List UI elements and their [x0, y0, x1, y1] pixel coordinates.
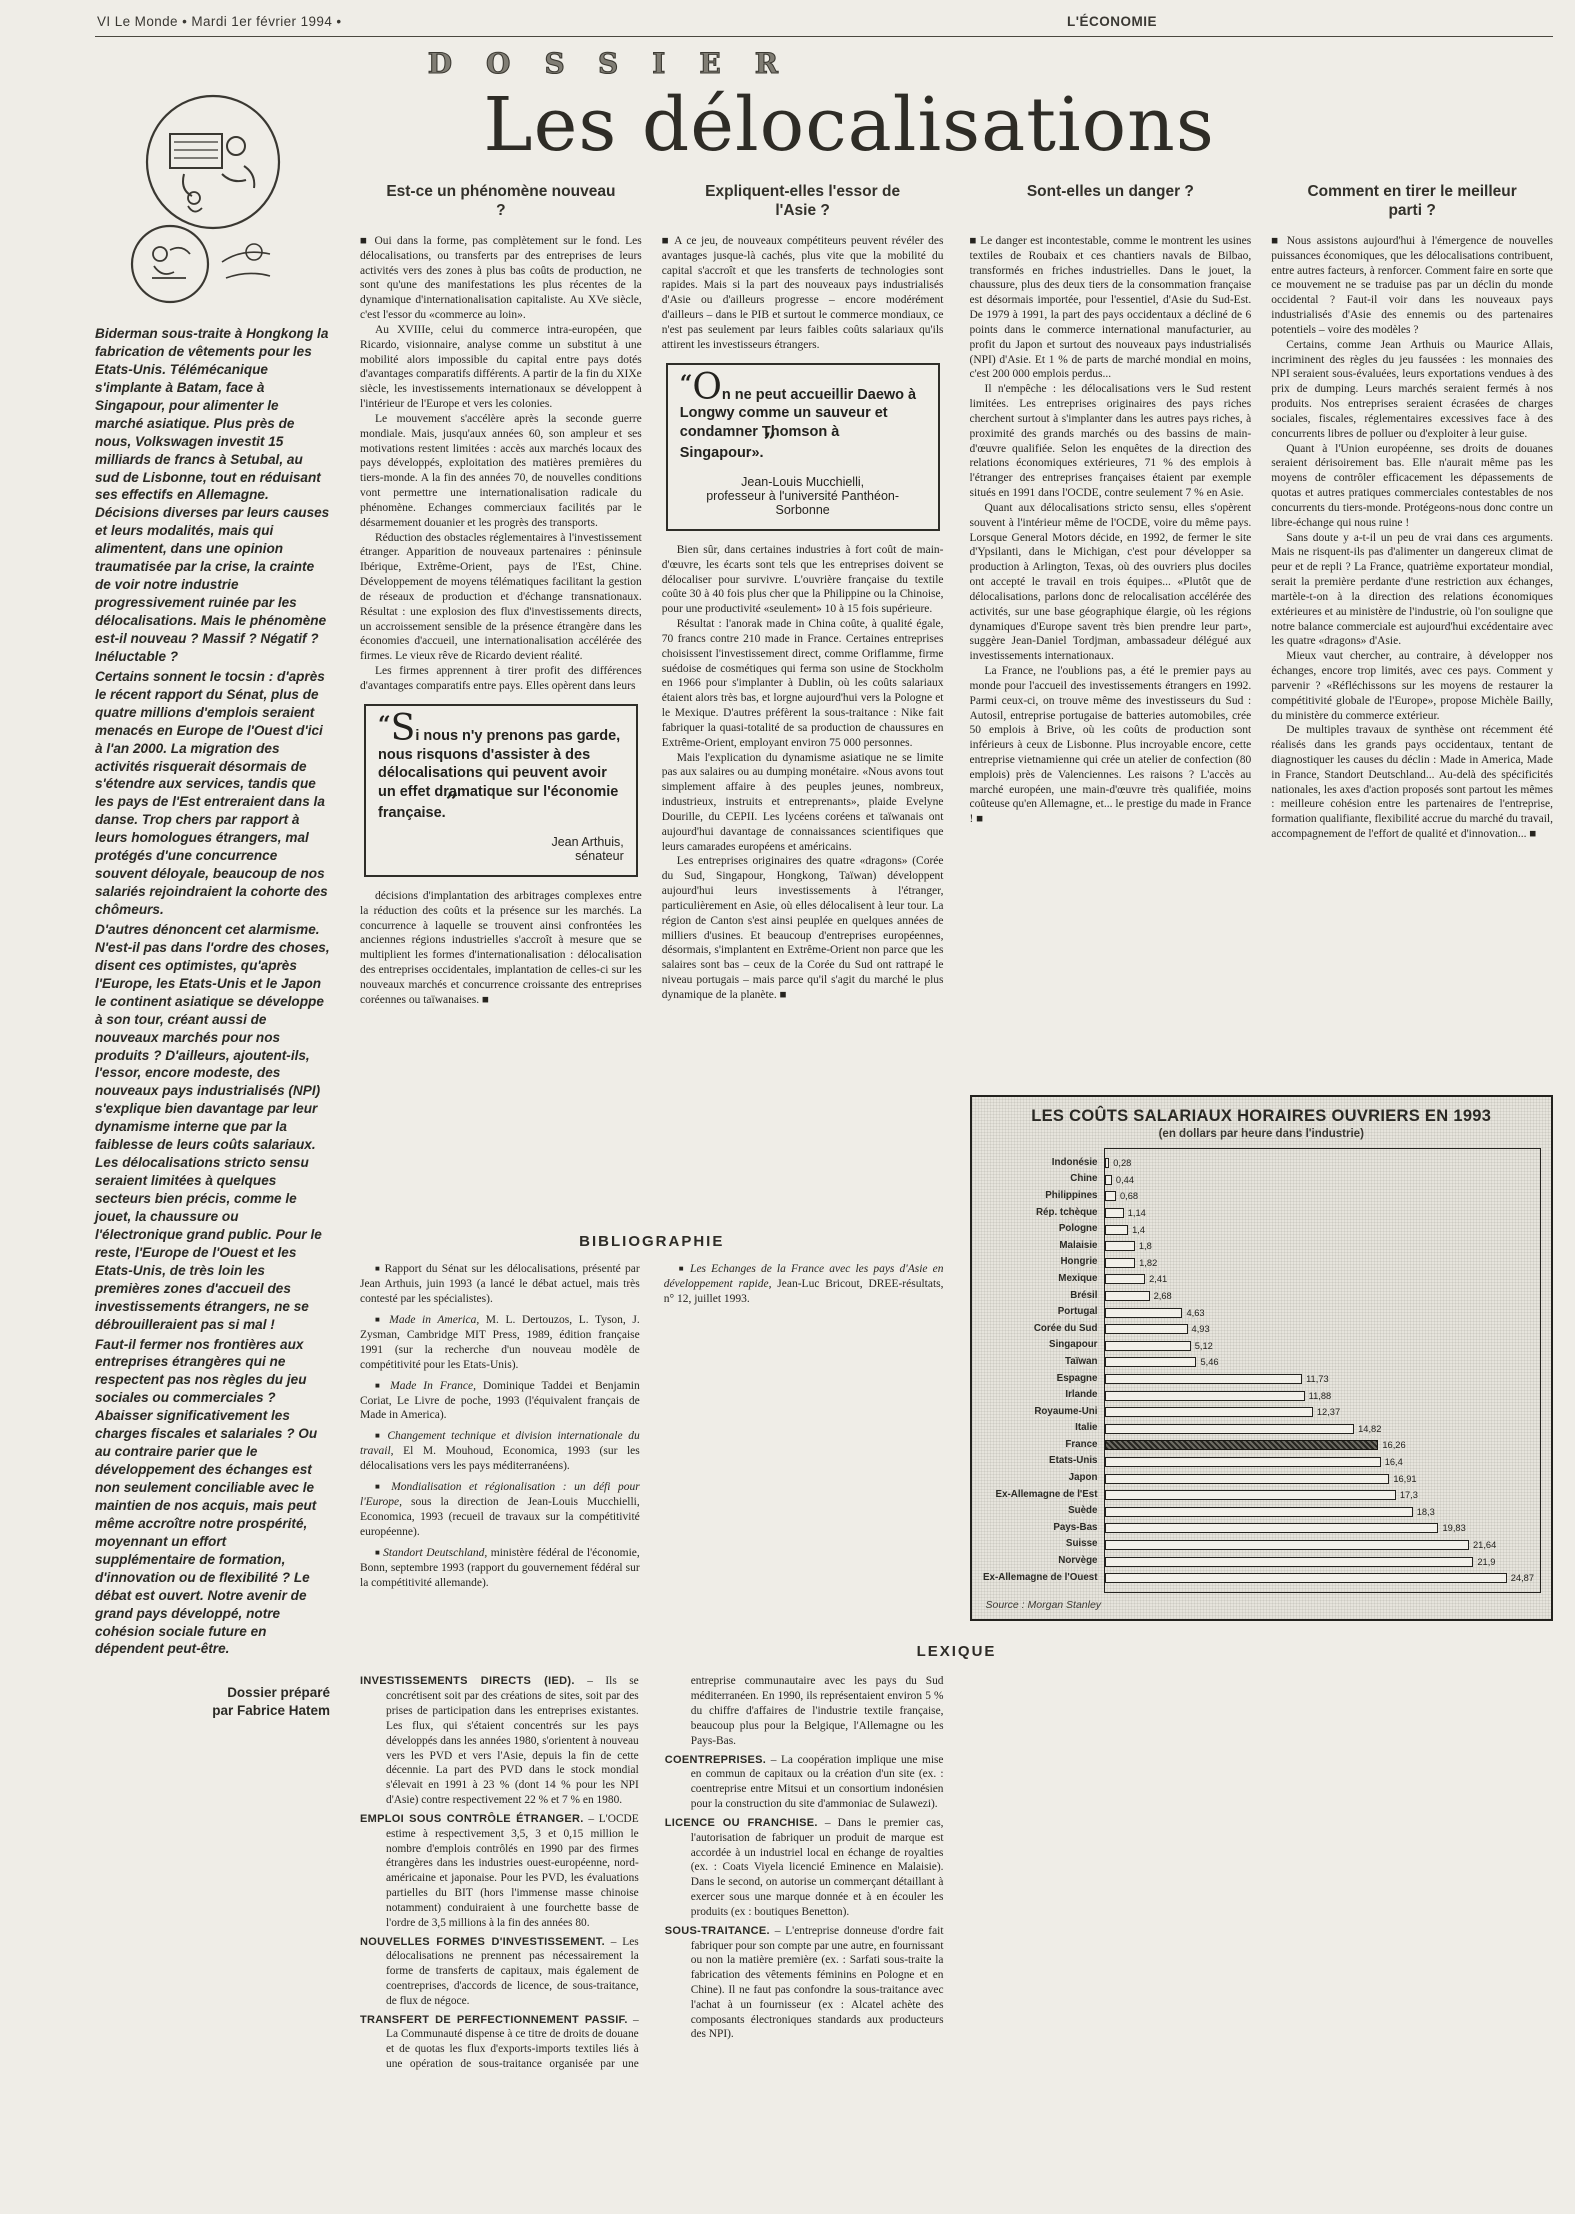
chart-value-label: 14,82	[1358, 1424, 1381, 1434]
chart-value-label: 21,64	[1473, 1540, 1496, 1550]
chart-category-label: Ex-Allemagne de l'Ouest	[982, 1569, 1104, 1586]
left-half: Est-ce un phénomène nouveau ?■ Oui dans …	[360, 182, 944, 1621]
chart-bar-row: 17,3	[1105, 1487, 1535, 1504]
intro-sidebar: Biderman sous-traite à Hongkong la fabri…	[95, 82, 330, 2074]
pull-quote: “On ne peut accueillir Daewo à Longwy co…	[666, 363, 940, 531]
article-paragraph: Les entreprises originaires des quatre «…	[662, 854, 944, 1002]
chart-bar	[1105, 1391, 1305, 1401]
intro-paragraph: Certains sonnent le tocsin : d'après le …	[95, 668, 330, 919]
chart-value-label: 16,4	[1385, 1457, 1403, 1467]
chart-bar-row: 11,73	[1105, 1371, 1535, 1388]
chart-bar	[1105, 1374, 1303, 1384]
wage-cost-chart: LES COÛTS SALARIAUX HORAIRES OUVRIERS EN…	[970, 1095, 1554, 1621]
lexique-entry: EMPLOI SOUS CONTRÔLE ÉTRANGER. – L'OCDE …	[360, 1812, 639, 1931]
quote-author-role: professeur à l'université Panthéon-Sorbo…	[680, 489, 926, 517]
chart-bar	[1105, 1540, 1469, 1550]
chart-bar-row: 0,44	[1105, 1172, 1535, 1189]
chart-value-label: 5,12	[1195, 1341, 1213, 1351]
credit-line-2: par Fabrice Hatem	[95, 1702, 330, 1720]
chart-bar-row: 4,93	[1105, 1321, 1535, 1338]
lexique-term: EMPLOI SOUS CONTRÔLE ÉTRANGER.	[360, 1813, 584, 1825]
chart-bar-row: 0,68	[1105, 1188, 1535, 1205]
intro-text: Biderman sous-traite à Hongkong la fabri…	[95, 325, 330, 1658]
chart-value-label: 24,87	[1511, 1573, 1534, 1583]
chart-category-label: Suède	[982, 1502, 1104, 1519]
chart-bar-row: 18,3	[1105, 1503, 1535, 1520]
article-paragraph: Réduction des obstacles réglementaires à…	[360, 531, 642, 664]
lexique-entries: INVESTISSEMENTS DIRECTS (IED). – Ils se …	[360, 1674, 1553, 2074]
chart-plot: IndonésieChinePhilippinesRép. tchèquePol…	[982, 1148, 1542, 1593]
newspaper-page: VI Le Monde • Mardi 1er février 1994 • L…	[0, 0, 1575, 2214]
chart-bar-row: 14,82	[1105, 1421, 1535, 1438]
chart-category-label: Etats-Unis	[982, 1453, 1104, 1470]
article-paragraph: Il n'empêche : les délocalisations vers …	[970, 382, 1252, 501]
lexique-term: NOUVELLES FORMES D'INVESTISSEMENT.	[360, 1936, 605, 1948]
chart-bar	[1105, 1474, 1390, 1484]
chart-category-label: Suisse	[982, 1536, 1104, 1553]
chart-bar-row: 1,4	[1105, 1221, 1535, 1238]
chart-category-label: Malaisie	[982, 1237, 1104, 1254]
bibliography: BIBLIOGRAPHIE ■ Rapport du Sénat sur les…	[360, 1233, 944, 1592]
article-paragraph: Mieux vaut chercher, au contraire, à dév…	[1271, 649, 1553, 723]
chart-bar-row: 16,26	[1105, 1437, 1535, 1454]
chart-category-label: Portugal	[982, 1303, 1104, 1320]
columns-1-2: Est-ce un phénomène nouveau ?■ Oui dans …	[360, 182, 944, 1217]
article-column-3: Sont-elles un danger ?■ Le danger est in…	[970, 182, 1252, 1087]
chart-category-label: Singapour	[982, 1337, 1104, 1354]
chart-bar	[1105, 1191, 1116, 1201]
chart-bar	[1105, 1291, 1150, 1301]
chart-value-label: 21,9	[1477, 1557, 1495, 1567]
lexique-term: SOUS-TRAITANCE.	[665, 1925, 770, 1937]
chart-bar	[1105, 1490, 1396, 1500]
chart-category-label: Espagne	[982, 1370, 1104, 1387]
chart-bar	[1105, 1274, 1146, 1284]
chart-bar-row: 5,12	[1105, 1338, 1535, 1355]
chart-bar	[1105, 1208, 1124, 1218]
chart-category-labels: IndonésieChinePhilippinesRép. tchèquePol…	[982, 1148, 1104, 1593]
chart-bar-row: 19,83	[1105, 1520, 1535, 1537]
chart-category-label: Irlande	[982, 1386, 1104, 1403]
lexique-term: TRANSFERT DE PERFECTIONNEMENT PASSIF.	[360, 2014, 628, 2026]
article-paragraph: ■ A ce jeu, de nouveaux compétiteurs peu…	[662, 234, 944, 353]
quote-open-mark: “	[680, 371, 693, 397]
credit-line-1: Dossier préparé	[95, 1684, 330, 1702]
lexique-term: COENTREPRISES.	[665, 1754, 766, 1766]
chart-value-label: 1,14	[1128, 1208, 1146, 1218]
chart-category-label: Rép. tchèque	[982, 1204, 1104, 1221]
quote-close-mark: ”	[446, 789, 459, 815]
pull-quote: “Si nous n'y prenons pas garde, nous ris…	[364, 704, 638, 877]
chart-value-label: 19,83	[1442, 1523, 1465, 1533]
chart-bar-row: 0,28	[1105, 1155, 1535, 1172]
article-halves: Est-ce un phénomène nouveau ?■ Oui dans …	[360, 182, 1553, 1621]
bibliography-item-title: Made in America,	[389, 1314, 479, 1326]
bibliography-item: ■ Les Echanges de la France avec les pay…	[664, 1262, 944, 1307]
cartoon-illustration	[118, 82, 308, 307]
article-paragraph: Quant aux délocalisations stricto sensu,…	[970, 501, 1252, 664]
article-paragraph: La France, ne l'oublions pas, a été le p…	[970, 664, 1252, 827]
chart-category-label: Italie	[982, 1420, 1104, 1437]
chart-category-label: Mexique	[982, 1270, 1104, 1287]
column-heading: Sont-elles un danger ?	[992, 182, 1229, 222]
square-bullet-icon: ■	[375, 1264, 385, 1273]
article-paragraph: Le mouvement s'accélère après la seconde…	[360, 412, 642, 531]
article-paragraph: Bien sûr, dans certaines industries à fo…	[662, 543, 944, 617]
chart-category-label: Pays-Bas	[982, 1519, 1104, 1536]
chart-category-label: Brésil	[982, 1287, 1104, 1304]
chart-category-label: France	[982, 1436, 1104, 1453]
chart-source: Source : Morgan Stanley	[986, 1599, 1542, 1611]
article-paragraph: Résultat : l'anorak made in China coûte,…	[662, 617, 944, 750]
article-paragraph: Certains, comme Jean Arthuis ou Maurice …	[1271, 338, 1553, 442]
dossier-banner-text: DOSSIER	[428, 47, 812, 80]
bibliography-item: ■ Made In France, Dominique Taddei et Be…	[360, 1379, 640, 1424]
quote-author: Jean Arthuis,	[378, 835, 624, 849]
main-area: Les délocalisations Est-ce un phénomène …	[360, 82, 1553, 2074]
chart-category-label: Indonésie	[982, 1154, 1104, 1171]
chart-bar	[1105, 1357, 1197, 1367]
bibliography-item: ■ Made in America, M. L. Dertouzos, L. T…	[360, 1313, 640, 1373]
chart-value-label: 12,37	[1317, 1407, 1340, 1417]
lexique-term: LICENCE OU FRANCHISE.	[665, 1817, 818, 1829]
lexique-entry: SOUS-TRAITANCE. – L'entreprise donneuse …	[665, 1924, 944, 2043]
chart-bar	[1105, 1324, 1188, 1334]
masthead-section-label: L'ÉCONOMIE	[1067, 14, 1157, 29]
chart-bar	[1105, 1507, 1413, 1517]
chart-bar	[1105, 1440, 1379, 1450]
chart-bar-row: 21,64	[1105, 1537, 1535, 1554]
chart-value-label: 4,63	[1186, 1308, 1204, 1318]
chart-bar-row: 21,9	[1105, 1553, 1535, 1570]
pull-quote-text: “Si nous n'y prenons pas garde, nous ris…	[378, 716, 624, 823]
chart-title: LES COÛTS SALARIAUX HORAIRES OUVRIERS EN…	[982, 1107, 1542, 1126]
square-bullet-icon: ■	[375, 1431, 387, 1440]
square-bullet-icon: ■	[375, 1482, 391, 1491]
chart-bar-row: 5,46	[1105, 1354, 1535, 1371]
masthead-edition-date: VI Le Monde • Mardi 1er février 1994 •	[97, 14, 342, 29]
bibliography-item: ■ Standort Deutschland, ministère fédéra…	[360, 1546, 640, 1591]
chart-value-label: 1,8	[1139, 1241, 1152, 1251]
chart-value-label: 4,93	[1192, 1324, 1210, 1334]
bibliography-item: ■ Rapport du Sénat sur les délocalisatio…	[360, 1262, 640, 1307]
square-bullet-icon: ■	[375, 1315, 389, 1324]
article-paragraph: Au XVIIIe, celui du commerce intra-europ…	[360, 323, 642, 412]
lexique-entry: NOUVELLES FORMES D'INVESTISSEMENT. – Les…	[360, 1935, 639, 2009]
chart-value-label: 0,44	[1116, 1175, 1134, 1185]
lexique-heading: LEXIQUE	[360, 1643, 1553, 1660]
square-bullet-icon: ■	[375, 1548, 383, 1557]
chart-value-label: 1,4	[1132, 1225, 1145, 1235]
intro-paragraph: Faut-il fermer nos frontières aux entrep…	[95, 1336, 330, 1659]
bibliography-item-title: Changement technique et division interna…	[360, 1430, 640, 1457]
chart-bar-row: 2,68	[1105, 1288, 1535, 1305]
article-paragraph: Quant à l'Union européenne, ses droits d…	[1271, 442, 1553, 531]
quote-open-mark: “	[378, 712, 391, 738]
column-heading: Comment en tirer le meilleur parti ?	[1294, 182, 1531, 222]
right-half: Sont-elles un danger ?■ Le danger est in…	[970, 182, 1554, 1621]
article-paragraph: décisions d'implantation des arbitrages …	[360, 889, 642, 1008]
chart-bar	[1105, 1258, 1136, 1268]
chart-bar	[1105, 1158, 1110, 1168]
chart-bar	[1105, 1407, 1313, 1417]
chart-bar	[1105, 1175, 1112, 1185]
bibliography-item-title: Standort Deutschland,	[383, 1547, 487, 1559]
chart-bar	[1105, 1424, 1355, 1434]
chart-bar	[1105, 1241, 1135, 1251]
chart-value-label: 1,82	[1139, 1258, 1157, 1268]
chart-bar-row: 11,88	[1105, 1387, 1535, 1404]
chart-bar	[1105, 1341, 1191, 1351]
masthead: VI Le Monde • Mardi 1er février 1994 • L…	[95, 10, 1553, 37]
chart-category-label: Chine	[982, 1171, 1104, 1188]
article-paragraph: ■ Nous assistons aujourd'hui à l'émergen…	[1271, 234, 1553, 338]
chart-bar-row: 2,41	[1105, 1271, 1535, 1288]
article-paragraph: De multiples travaux de synthèse ont réc…	[1271, 723, 1553, 842]
dossier-banner: DOSSIER	[95, 47, 1145, 80]
intro-paragraph: Biderman sous-traite à Hongkong la fabri…	[95, 325, 330, 666]
quote-close-mark: ”	[764, 429, 777, 455]
chart-value-label: 5,46	[1200, 1357, 1218, 1367]
square-bullet-icon: ■	[679, 1264, 690, 1273]
article-paragraph: ■ Oui dans la forme, pas complètement su…	[360, 234, 642, 323]
chart-bar-row: 24,87	[1105, 1570, 1535, 1587]
chart-value-label: 2,41	[1149, 1274, 1167, 1284]
chart-category-label: Corée du Sud	[982, 1320, 1104, 1337]
column-heading: Est-ce un phénomène nouveau ?	[383, 182, 620, 222]
article-paragraph: Les firmes apprennent à tirer profit des…	[360, 664, 642, 694]
bibliography-item-title: Made In France,	[390, 1380, 476, 1392]
chart-bar-row: 1,14	[1105, 1205, 1535, 1222]
bibliography-items: ■ Rapport du Sénat sur les délocalisatio…	[360, 1262, 944, 1592]
columns-3-4: Sont-elles un danger ?■ Le danger est in…	[970, 182, 1554, 1087]
chart-value-label: 2,68	[1154, 1291, 1172, 1301]
page-title: Les délocalisations	[360, 88, 1338, 162]
chart-value-label: 11,73	[1306, 1374, 1329, 1384]
page-content: Biderman sous-traite à Hongkong la fabri…	[95, 82, 1553, 2074]
chart-value-label: 11,88	[1309, 1391, 1332, 1401]
pull-quote-text: “On ne peut accueillir Daewo à Longwy co…	[680, 375, 926, 463]
article-paragraph: Sans doute y a-t-il un peu de vrai dans …	[1271, 531, 1553, 650]
bibliography-item: ■ Changement technique et division inter…	[360, 1429, 640, 1474]
chart-category-label: Hongrie	[982, 1254, 1104, 1271]
chart-value-label: 16,91	[1393, 1474, 1416, 1484]
article-column-1: Est-ce un phénomène nouveau ?■ Oui dans …	[360, 182, 642, 1217]
lexique-section: LEXIQUE INVESTISSEMENTS DIRECTS (IED). –…	[360, 1643, 1553, 2074]
chart-value-label: 0,68	[1120, 1191, 1138, 1201]
bibliography-item-title: Mondialisation et régionalisation : un d…	[360, 1481, 640, 1508]
bibliography-item-title: Les Echanges de la France avec les pays …	[664, 1263, 944, 1290]
lexique-entry: INVESTISSEMENTS DIRECTS (IED). – Ils se …	[360, 1674, 639, 1807]
chart-bar	[1105, 1557, 1474, 1567]
chart-bar-row: 16,4	[1105, 1454, 1535, 1471]
chart-bar-row: 16,91	[1105, 1470, 1535, 1487]
chart-bar-row: 12,37	[1105, 1404, 1535, 1421]
quote-author-role: sénateur	[378, 849, 624, 863]
square-bullet-icon: ■	[375, 1381, 390, 1390]
chart-value-label: 17,3	[1400, 1490, 1418, 1500]
article-column-2: Expliquent-elles l'essor de l'Asie ?■ A …	[662, 182, 944, 1217]
chart-bar-row: 4,63	[1105, 1304, 1535, 1321]
chart-category-label: Philippines	[982, 1187, 1104, 1204]
article-column-4: Comment en tirer le meilleur parti ?■ No…	[1271, 182, 1553, 1087]
chart-category-label: Royaume-Uni	[982, 1403, 1104, 1420]
lexique-entry: LICENCE OU FRANCHISE. – Dans le premier …	[665, 1816, 944, 1920]
chart-bars: 0,280,440,681,141,41,81,822,412,684,634,…	[1104, 1148, 1542, 1593]
quote-drop-cap: O	[692, 367, 722, 408]
chart-subtitle: (en dollars par heure dans l'industrie)	[982, 1128, 1542, 1140]
chart-value-label: 18,3	[1417, 1507, 1435, 1517]
quote-drop-cap: S	[391, 708, 416, 749]
bibliography-item: ■ Mondialisation et régionalisation : un…	[360, 1480, 640, 1540]
chart-value-label: 0,28	[1113, 1158, 1131, 1168]
bibliography-heading: BIBLIOGRAPHIE	[360, 1233, 944, 1250]
chart-value-label: 16,26	[1382, 1440, 1405, 1450]
dossier-credit: Dossier préparé par Fabrice Hatem	[95, 1684, 330, 1719]
chart-bar	[1105, 1573, 1507, 1583]
lexique-term: INVESTISSEMENTS DIRECTS (IED).	[360, 1675, 575, 1687]
chart-bar-row: 1,8	[1105, 1238, 1535, 1255]
chart-bar	[1105, 1523, 1439, 1533]
chart-category-label: Pologne	[982, 1220, 1104, 1237]
chart-category-label: Taïwan	[982, 1353, 1104, 1370]
chart-bar	[1105, 1225, 1129, 1235]
intro-paragraph: D'autres dénoncent cet alarmisme. N'est-…	[95, 921, 330, 1334]
column-heading: Expliquent-elles l'essor de l'Asie ?	[684, 182, 921, 222]
lexique-entry: COENTREPRISES. – La coopération implique…	[665, 1753, 944, 1812]
chart-bar-row: 1,82	[1105, 1255, 1535, 1272]
chart-category-label: Norvège	[982, 1552, 1104, 1569]
chart-bar	[1105, 1457, 1381, 1467]
article-paragraph: ■ Le danger est incontestable, comme le …	[970, 234, 1252, 382]
chart-bar	[1105, 1308, 1183, 1318]
quote-author: Jean-Louis Mucchielli,	[680, 475, 926, 489]
article-paragraph: Mais l'explication du dynamisme asiatiqu…	[662, 751, 944, 855]
chart-category-label: Japon	[982, 1469, 1104, 1486]
chart-category-label: Ex-Allemagne de l'Est	[982, 1486, 1104, 1503]
